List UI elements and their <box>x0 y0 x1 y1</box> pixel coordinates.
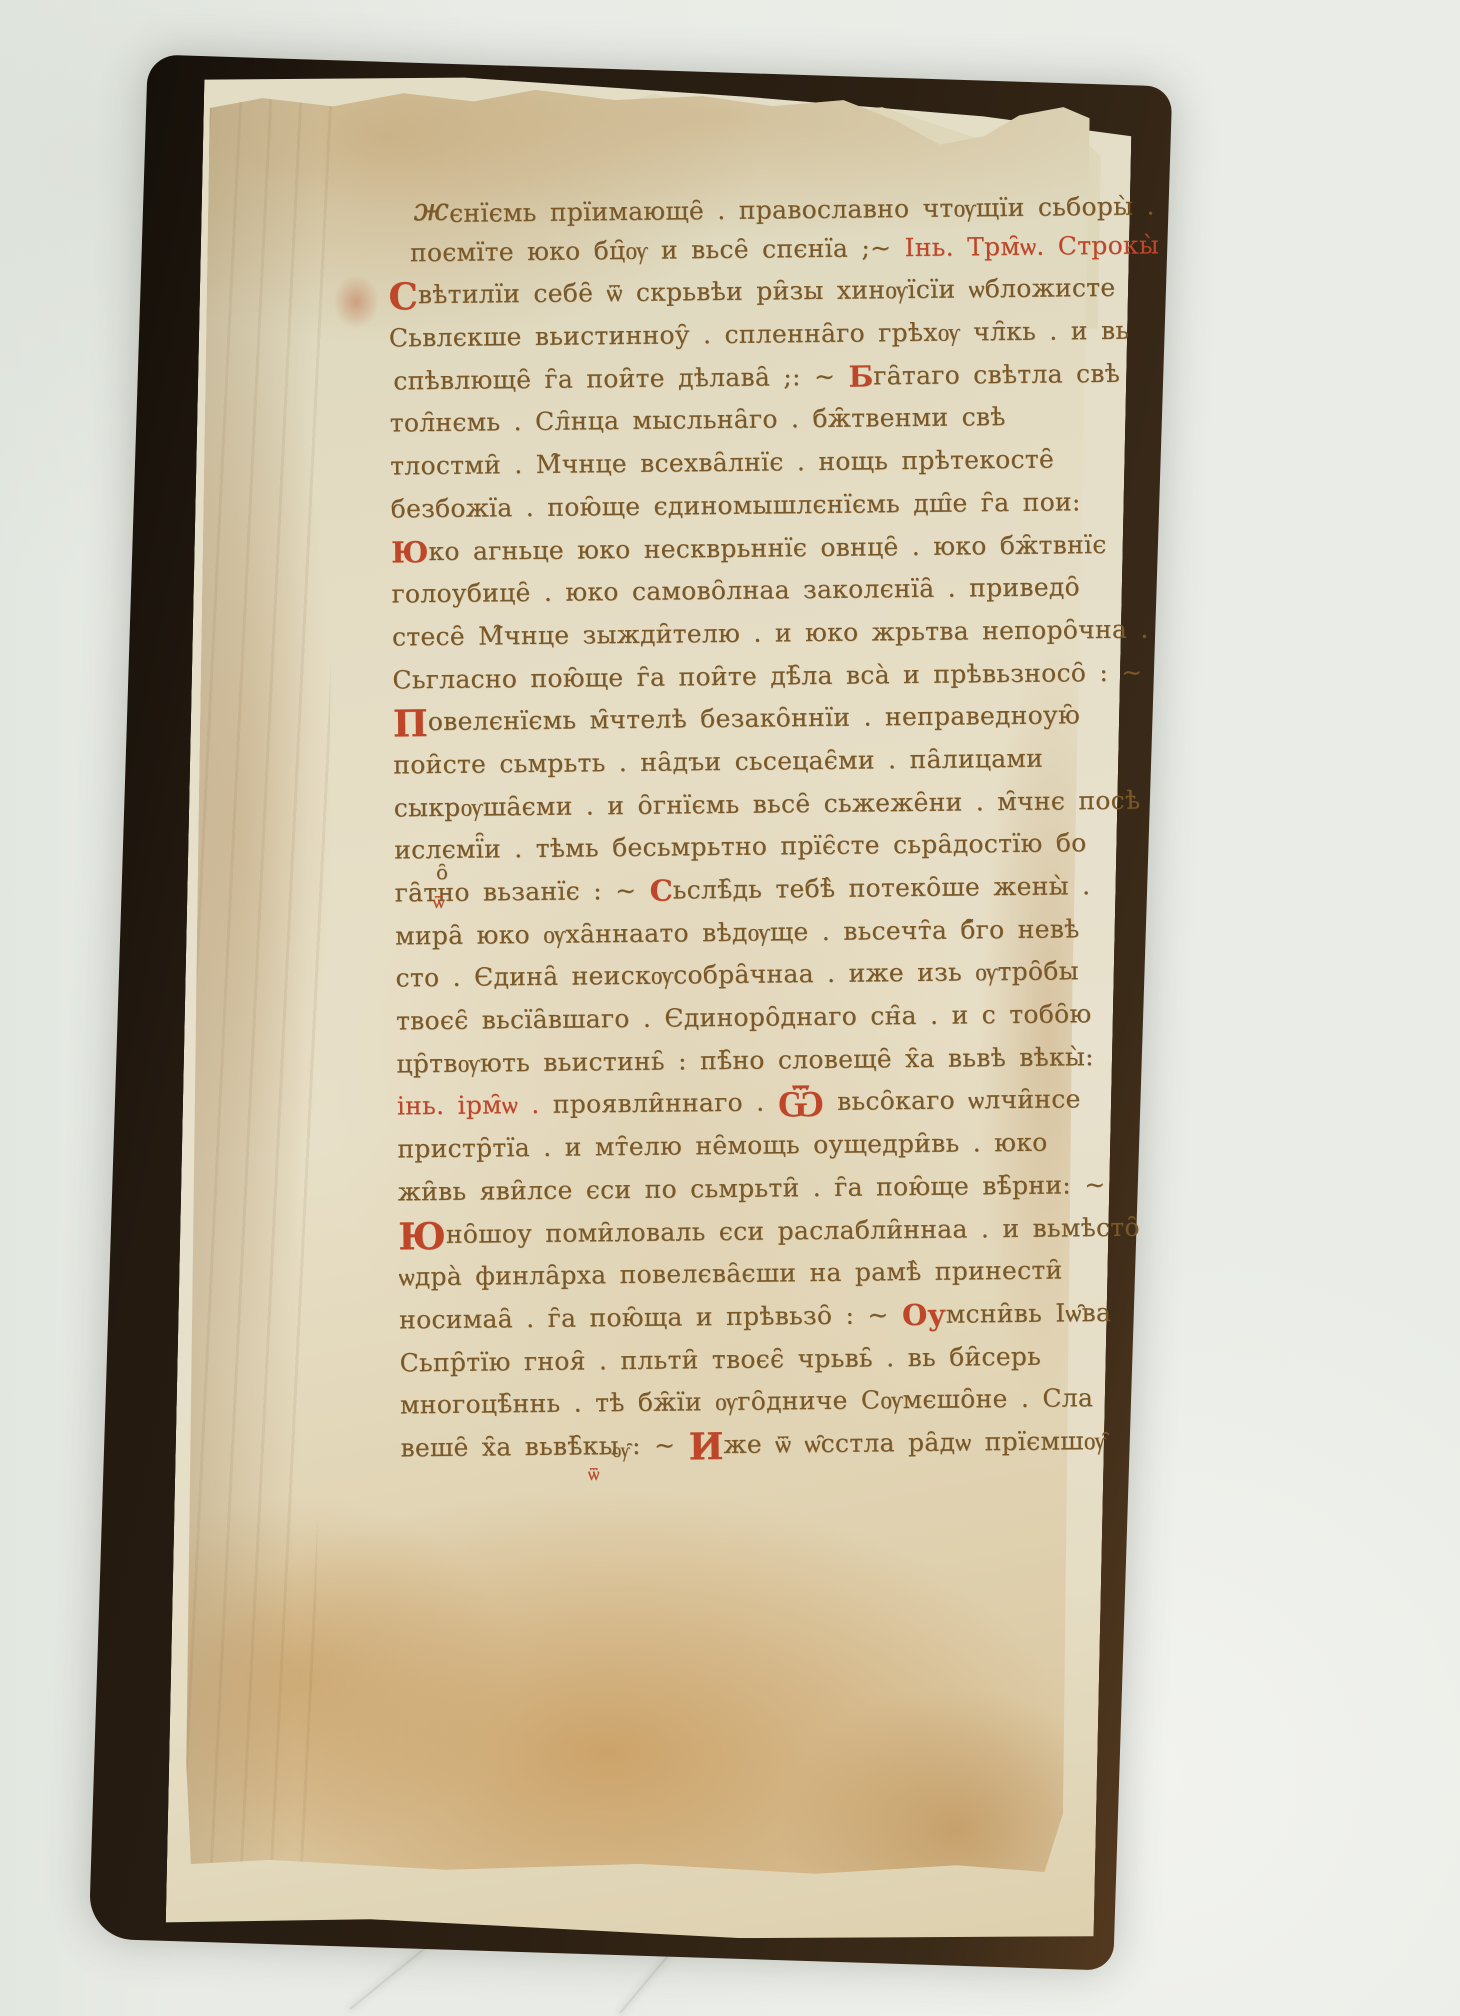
text-line: многоцѣ̑ннь . тѣ бж̑їи ѹго̑дниче Сѹмєшо̑… <box>400 1378 1060 1428</box>
text-line: Сьвлєкше вьистинноу̑ . спленна̑го грѣхѹ … <box>389 311 1049 361</box>
text-line: цр̑твѹють вьистинь̑ : пѣ̑но словеще̑ х̑а… <box>396 1036 1056 1086</box>
text-segment: твоєє̑ вьсїа̑вшаго . Єдиноро̑днаго сн̑а … <box>396 999 1092 1035</box>
text-segment: Сьгласно пою̑ще г̑а пои̑те дѣ̑ла вса̀ и … <box>392 657 1142 694</box>
rubric-segment: інь. ірм̑ѡ . <box>397 1090 553 1121</box>
rubric-segment: Інь. Трм̑ѡ. Строкы̀ <box>904 230 1159 262</box>
text-line: жєнїємь прїимающе̑ . православно чтѹщїи … <box>387 183 1047 233</box>
text-segment: жи̑вь яви̑лсе єси по сьмрьти̑ . г̑а пою̑… <box>398 1170 1106 1206</box>
text-segment: носимаа̑ . г̑а пою̑ща и прѣвьзо̑ : ~ <box>399 1300 902 1334</box>
text-segment: пристр̑тїа . и мт̑елю не̑мощь оущедри̑вь… <box>397 1128 1047 1164</box>
text-segment: ѡдра̀ финла̑рха повелєва̑єши на рамѣ̀ пр… <box>399 1256 1063 1292</box>
text-line: носимаа̑ . г̑а пою̑ща и прѣвьзо̑ : ~ Оум… <box>399 1292 1059 1342</box>
text-line: пристр̑тїа . и мт̑елю не̑мощь оущедри̑вь… <box>397 1122 1057 1172</box>
text-segment: вѣтилїи себе̑ ѿ скрьвѣи ри̑зы хинѹїсїи ѡ… <box>418 273 1116 309</box>
rubric-segment: Оу <box>902 1298 946 1332</box>
text-segment: многоцѣ̑ннь . тѣ бж̑їи ѹго̑дниче Сѹмєшо̑… <box>400 1383 1093 1419</box>
text-segment: поємїте юко бц̑ѹ и вьсе̑ спєнїа ;~ <box>410 233 905 267</box>
text-segment: спѣвлюще̑ г̑а пои̑те дѣлава̑ ;: ~ <box>393 361 848 395</box>
text-segment: тлостми̑ . М̑чнце всехва̑лнїє . нощь прѣ… <box>390 445 1054 481</box>
text-line: спѣвлюще̑ г̑а пои̑те дѣлава̑ ;: ~ Бга̑та… <box>389 353 1049 403</box>
text-line: безбожїа . пою̑ще єдиномышлєнїємь дш̑е г… <box>390 481 1050 531</box>
text-line: тлостми̑ . М̑чнце всехва̑лнїє . нощь прѣ… <box>390 439 1050 489</box>
text-segment: мсни̑вь Іѡ̑ва <box>946 1298 1112 1329</box>
text-line: га̑тно вьзанїє : ~ Сьслѣ̑дь тебѣ̀ потеко… <box>394 866 1054 916</box>
text-line: поємїте юко бц̑ѹ и вьсе̑ спєнїа ;~ Інь. … <box>388 225 1048 275</box>
text-segment: мира̑ юко ѹха̑ннаато вѣдѹще . вьсечт̑а б… <box>395 914 1080 950</box>
margin-note: ѿ <box>588 1464 599 1485</box>
text-segment: овелєнїємь м̑чтелѣ безако̑ннїи . неправе… <box>428 701 1081 737</box>
text-segment: га̑таго свѣтла свѣ <box>873 359 1120 391</box>
text-line: Свѣтилїи себе̑ ѿ скрьвѣи ри̑зы хинѹїсїи … <box>388 268 1048 318</box>
text-line: веше̑ х̑а вьвѣ̑кы : ~ Иже ѿ ѡ̑сстла ра̑д… <box>400 1420 1060 1470</box>
text-segment: ко агньце юко нескврьннїє овнце̑ . юко б… <box>428 529 1106 565</box>
text-line: ѡдра̀ финла̑рха повелєва̑єши на рамѣ̀ пр… <box>398 1250 1058 1300</box>
text-line: Юко агньце юко нескврьннїє овнце̑ . юко … <box>391 524 1051 574</box>
text-segment: сыкрѹша̑єми . и о̑гнїємь вьсе̑ сьжеже̑ни… <box>394 785 1141 822</box>
text-line: мира̑ юко ѹха̑ннаато вѣдѹще . вьсечт̑а б… <box>395 908 1055 958</box>
text-segment: вьсо̑каго ѡлчи̑нсе <box>824 1085 1081 1117</box>
text-segment: Сьвлєкше вьистинноу̑ . спленна̑го грѣхѹ … <box>389 316 1130 353</box>
text-segment: сто . Єдина̑ неискѹсобра̑чнаа . иже изь … <box>395 957 1079 993</box>
text-line: сыкрѹша̑єми . и о̑гнїємь вьсе̑ сьжеже̑ни… <box>394 780 1054 830</box>
text-line: Юно̑шоу поми̑ловаль єси раслабли̑ннаа . … <box>398 1207 1058 1257</box>
text-line: твоєє̑ вьсїа̑вшаго . Єдиноро̑днаго сн̑а … <box>396 994 1056 1044</box>
text-segment: ьслѣ̑дь тебѣ̀ потеко̑ше жены̀ . <box>673 871 1091 904</box>
text-line: жи̑вь яви̑лсе єси по сьмрьти̑ . г̑а пою̑… <box>398 1164 1058 1214</box>
text-segment: же ѿ ѡ̑сстла ра̑дѡ прїємшѹ̑ <box>723 1426 1106 1459</box>
margin-note: ѿ <box>433 892 444 913</box>
text-segment: ислємї̑и . тѣмь бесьмрьтно прїє̑сте сьра… <box>394 829 1087 865</box>
margin-note: о̑ <box>436 860 448 884</box>
text-line: сто . Єдина̑ неискѹсобра̑чнаа . иже изь … <box>395 951 1055 1001</box>
rubric-segment: С <box>388 275 418 319</box>
margin-note: ѹ̑ <box>612 1438 630 1463</box>
rubric-segment: С <box>649 874 672 908</box>
rubric-segment: Б <box>848 359 873 393</box>
text-line: стесе̑ М̑чнце зыжди̑телю . и юко жрьтва … <box>392 609 1052 659</box>
text-segment: єнїємь прїимающе̑ . православно чтѹщїи с… <box>449 191 1155 227</box>
rubric-segment: П <box>393 701 428 745</box>
text-segment: но̑шоу поми̑ловаль єси раслабли̑ннаа . и… <box>446 1212 1140 1248</box>
text-segment: веше̑ х̑а вьвѣ̑кы : ~ <box>400 1430 688 1462</box>
text-line: ислємї̑и . тѣмь бесьмрьтно прїє̑сте сьра… <box>394 823 1054 873</box>
rubric-segment: И <box>688 1424 723 1468</box>
text-segment: проявли̑ннаго . <box>553 1088 778 1119</box>
rubric-segment: Ю <box>398 1213 446 1257</box>
rubric-segment: Ю <box>391 535 429 569</box>
text-segment: тол̑нємь . Сл̑нца мысльна̑го . бж̑твенми… <box>390 402 1006 437</box>
text-segment: цр̑твѹють вьистинь̑ : пѣ̑но словеще̑ х̑а… <box>396 1042 1094 1078</box>
text-line: тол̑нємь . Сл̑нца мысльна̑го . бж̑твенми… <box>390 396 1050 446</box>
text-line: голоубице̑ . юко самово̑лнаа заколєнїа̑ … <box>391 567 1051 617</box>
text-line: інь. ірм̑ѡ . проявли̑ннаго . Ѿ вьсо̑каго… <box>397 1079 1057 1129</box>
text-line: пои̑сте сьмрьть . на̑дъи сьсецає̑ми . па… <box>393 737 1053 787</box>
text-segment: голоубице̑ . юко самово̑лнаа заколєнїа̑ … <box>391 572 1080 608</box>
text-segment: стесе̑ М̑чнце зыжди̑телю . и юко жрьтва … <box>392 614 1149 651</box>
manuscript-text-block: жєнїємь прїимающе̑ . православно чтѹщїи … <box>387 183 1060 1470</box>
text-segment: безбожїа . пою̑ще єдиномышлєнїємь дш̑е г… <box>391 487 1081 523</box>
text-segment: пои̑сте сьмрьть . на̑дъи сьсецає̑ми . па… <box>393 744 1043 780</box>
rubric-segment: Ѿ <box>777 1081 824 1125</box>
text-segment: ж <box>413 192 449 228</box>
text-segment: Сьпр̑тїю гноя̑ . пльти̑ твоєє̑ чрьвь̑ . … <box>399 1341 1041 1377</box>
text-line: Сьгласно пою̑ще г̑а пои̑те дѣ̑ла вса̀ и … <box>392 652 1052 702</box>
photograph-of-manuscript: жєнїємь прїимающе̑ . православно чтѹщїи … <box>0 0 1460 2016</box>
text-line: Повелєнїємь м̑чтелѣ безако̑ннїи . неправ… <box>393 695 1053 745</box>
text-line: Сьпр̑тїю гноя̑ . пльти̑ твоєє̑ чрьвь̑ . … <box>399 1335 1059 1385</box>
